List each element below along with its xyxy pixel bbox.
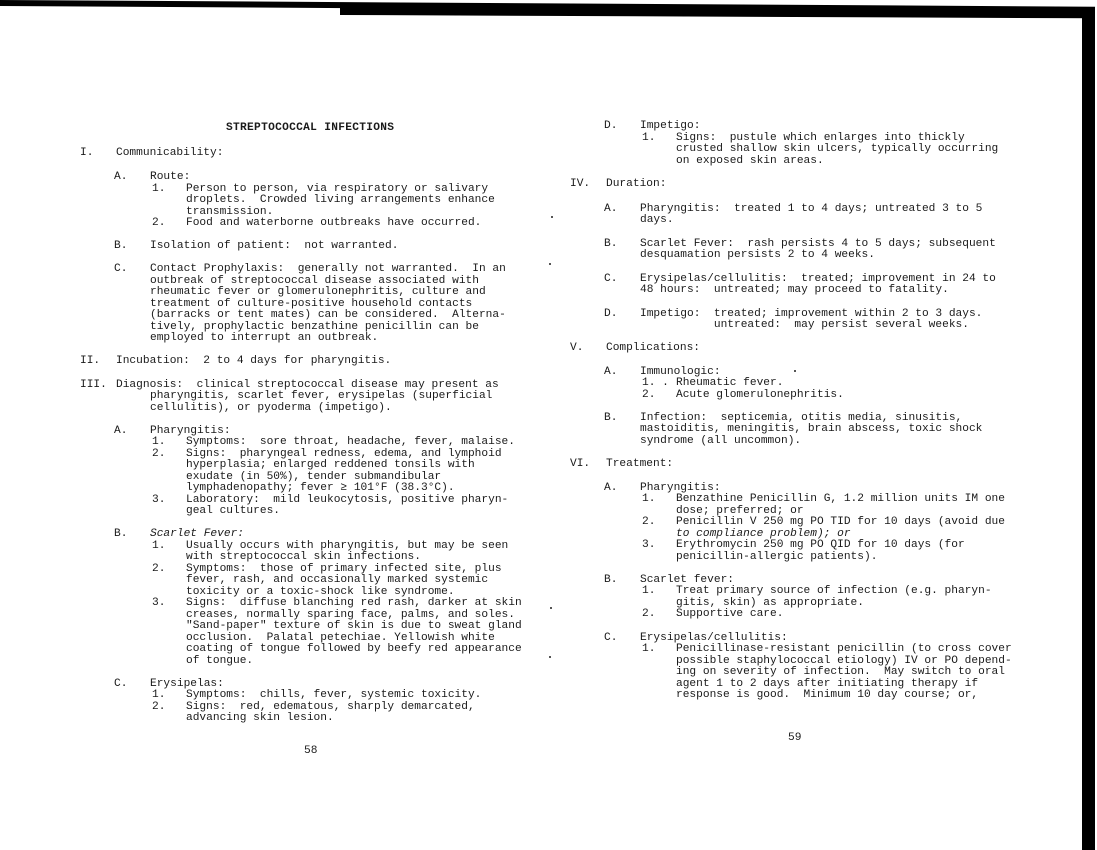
scan-speck (551, 216, 553, 218)
continuation-text: lymphadenopathy; fever ≥ 101°F (38.3°C). (186, 483, 455, 495)
continuation-text: response is good. Minimum 10 day course;… (676, 690, 978, 702)
outline-item-text: Incubation: 2 to 4 days for pharyngitis. (116, 356, 391, 368)
outline-marker: C. (604, 633, 617, 645)
scan-border-right (1082, 8, 1095, 850)
continuation-text: "Sand-paper" texture of skin is due to s… (186, 621, 522, 633)
page-number-58: 58 (304, 746, 317, 758)
outline-marker: 1. (152, 184, 165, 196)
continuation-text: pharyngitis, scarlet fever, erysipelas (… (150, 391, 492, 403)
outline-marker: B. (604, 575, 617, 587)
outline-marker: B. (604, 239, 617, 251)
continuation-text: geal cultures. (186, 506, 280, 518)
outline-item-text: Erythromycin 250 mg PO QID for 10 days (… (676, 540, 965, 552)
continuation-text: coating of tongue followed by beefy red … (186, 644, 522, 656)
outline-marker: 2. (642, 609, 655, 621)
outline-marker: 1. (642, 133, 655, 145)
outline-item-text: Contact Prophylaxis: generally not warra… (150, 264, 506, 276)
outline-marker: B. (114, 529, 127, 541)
scan-speck (794, 370, 796, 372)
outline-item-text: Food and waterborne outbreaks have occur… (186, 218, 481, 230)
outline-marker: 3. (152, 598, 165, 610)
outline-marker: 1. (642, 586, 655, 598)
continuation-text: fever, rash, and occasionally marked sys… (186, 575, 488, 587)
outline-marker: A. (604, 204, 617, 216)
outline-item-text: Penicillinase-resistant penicillin (to c… (676, 644, 1012, 656)
outline-item-text: Complications: (606, 343, 700, 355)
outline-marker: 1. (152, 437, 165, 449)
outline-item-text: Treatment: (606, 459, 673, 471)
outline-marker: D. (604, 309, 617, 321)
outline-marker: VI. (570, 459, 590, 471)
continuation-text: cellulitis), or pyoderma (impetigo). (150, 403, 392, 415)
scan-speck (550, 607, 552, 609)
outline-item-text: Communicability: (116, 148, 223, 160)
outline-marker: IV. (570, 179, 590, 191)
continuation-text: untreated: may persist several weeks. (640, 320, 969, 332)
outline-marker: C. (114, 264, 127, 276)
page-number-59: 59 (788, 733, 801, 745)
continuation-text: hyperplasia; enlarged reddened tonsils w… (186, 460, 475, 472)
continuation-text: crusted shallow skin ulcers, typically o… (676, 144, 998, 156)
outline-item-text: Acute glomerulonephritis. (676, 390, 844, 402)
continuation-text: droplets. Crowded living arrangements en… (186, 195, 495, 207)
continuation-text: employed to interrupt an outbreak. (150, 333, 378, 345)
outline-marker: V. (570, 343, 583, 355)
outline-marker: A. (604, 367, 617, 379)
continuation-text: rheumatic fever or glomerulonephritis, c… (150, 287, 486, 299)
outline-marker: 1. (152, 690, 165, 702)
continuation-text: of tongue. (186, 656, 253, 668)
outline-marker: 2. (642, 390, 655, 402)
outline-marker: 1. . (642, 378, 669, 390)
outline-marker: 2. (152, 702, 165, 714)
outline-marker: 3. (152, 495, 165, 507)
continuation-text: days. (640, 215, 674, 227)
outline-marker: 2. (642, 517, 655, 529)
outline-marker: 2. (152, 218, 165, 230)
outline-item-text: Isolation of patient: not warranted. (150, 241, 398, 253)
continuation-text: syndrome (all uncommon). (640, 436, 801, 448)
document-title: STREPTOCOCCAL INFECTIONS (226, 123, 394, 135)
scan-speck (549, 656, 551, 658)
continuation-text: with streptococcal skin infections. (186, 552, 421, 564)
outline-item-text: Duration: (606, 179, 666, 191)
outline-item-text: Benzathine Penicillin G, 1.2 million uni… (676, 494, 1005, 506)
outline-marker: 1. (152, 541, 165, 553)
outline-item-text: Treat primary source of infection (e.g. … (676, 586, 992, 598)
outline-item-text: Signs: diffuse blanching red rash, darke… (186, 598, 522, 610)
outline-marker: C. (604, 274, 617, 286)
outline-marker: C. (114, 679, 127, 691)
outline-marker: 1. (642, 644, 655, 656)
outline-marker: B. (114, 241, 127, 253)
continuation-text: advancing skin lesion. (186, 713, 334, 725)
outline-marker: 3. (642, 540, 655, 552)
continuation-text: mastoiditis, meningitis, brain abscess, … (640, 424, 982, 436)
outline-item-text: Scarlet Fever: (150, 529, 244, 541)
outline-item-text: Pharyngitis: treated 1 to 4 days; untrea… (640, 204, 982, 216)
outline-marker: 2. (152, 564, 165, 576)
outline-item-text: Route: (150, 172, 190, 184)
outline-marker: A. (114, 172, 127, 184)
outline-marker: I. (80, 148, 93, 160)
outline-item-text: Symptoms: chills, fever, systemic toxici… (186, 690, 481, 702)
outline-item-text: Penicillin V 250 mg PO TID for 10 days (… (676, 517, 1005, 529)
outline-marker: 1. (642, 494, 655, 506)
outline-marker: A. (114, 426, 127, 438)
outline-item-text: Symptoms: sore throat, headache, fever, … (186, 437, 515, 449)
outline-marker: A. (604, 483, 617, 495)
continuation-text: on exposed skin areas. (676, 156, 824, 168)
scan-border-top-shadow (340, 4, 1097, 18)
outline-marker: 2. (152, 449, 165, 461)
outline-marker: D. (604, 121, 617, 133)
outline-item-text: Rheumatic fever. (676, 378, 783, 390)
outline-item-text: Impetigo: (640, 121, 700, 133)
outline-marker: III. (80, 380, 107, 392)
outline-marker: II. (80, 356, 100, 368)
continuation-text: penicillin-allergic patients). (676, 552, 877, 564)
continuation-text: (barracks or tent mates) can be consider… (150, 310, 506, 322)
continuation-text: ing on severity of infection. May switch… (676, 667, 1005, 679)
continuation-text: desquamation persists 2 to 4 weeks. (640, 250, 875, 262)
outline-item-text: Supportive care. (676, 609, 783, 621)
outline-marker: B. (604, 413, 617, 425)
continuation-text: 48 hours: untreated; may proceed to fata… (640, 285, 949, 297)
scan-speck (549, 263, 551, 265)
